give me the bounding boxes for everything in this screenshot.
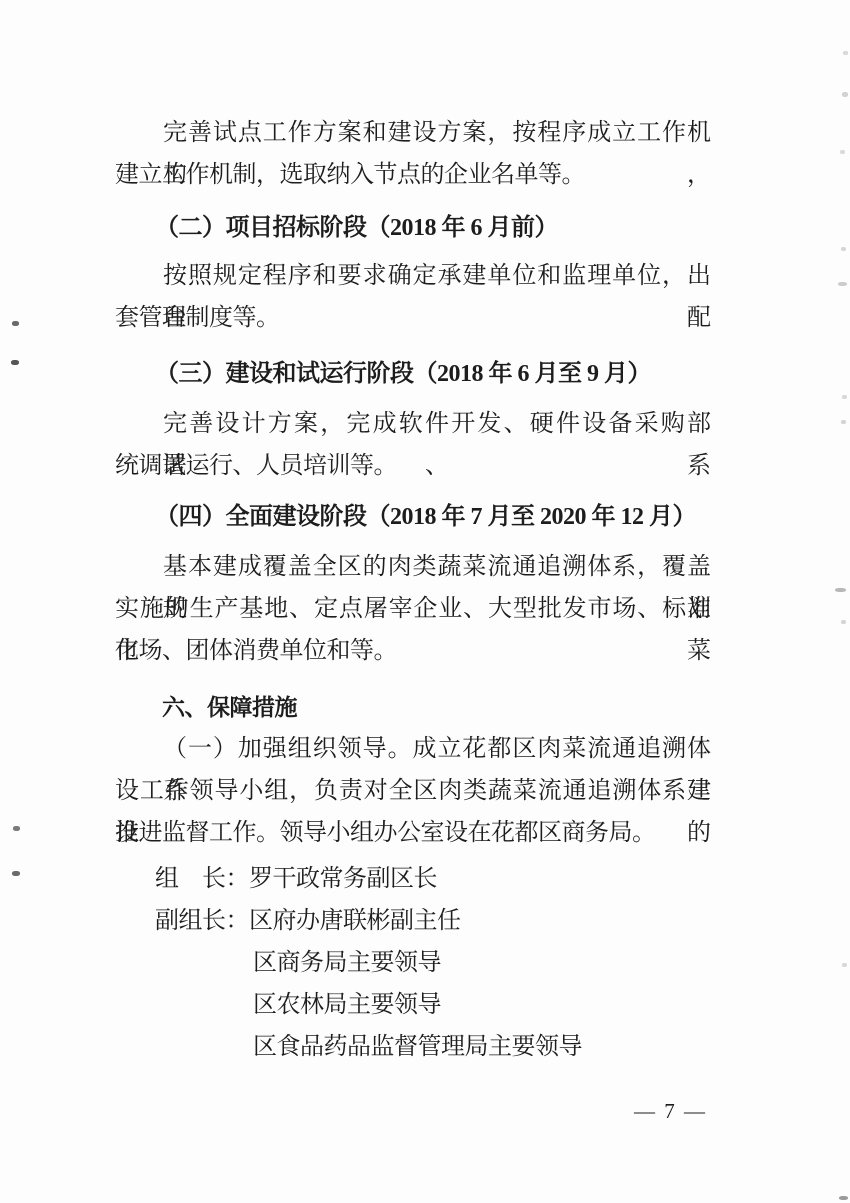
scan-speckle (840, 150, 845, 154)
document-body: 完善试点工作方案和建设方案，按程序成立工作机构， 建立工作机制，选取纳入节点的企… (115, 112, 711, 1128)
text-line: 实施的生产基地、定点屠宰企业、大型批发市场、标准化菜 (115, 588, 711, 630)
roster-line-member: 区食品药品监督管理局主要领导 (115, 1026, 711, 1068)
scan-speckle (842, 92, 848, 97)
text-line: （一）加强组织领导。成立花都区肉菜流通追溯体系建 (115, 728, 711, 770)
text-line: 设工作领导小组，负责对全区肉类蔬菜流通追溯体系建设的 (115, 770, 711, 812)
scan-speckle (841, 420, 846, 424)
stage-heading: （四）全面建设阶段（2018 年 7 月至 2020 年 12 月） (115, 496, 711, 538)
section-heading: 六、保障措施 (115, 686, 711, 728)
scan-speckle (838, 282, 847, 286)
scan-speckle (11, 360, 19, 365)
scan-speckle (843, 51, 848, 55)
text-line: 基本建成覆盖全区的肉类蔬菜流通追溯体系，覆盖规划 (115, 546, 711, 588)
roster-line-leader: 组 长：罗干政常务副区长 (115, 858, 711, 900)
scan-speckle (841, 620, 846, 624)
scan-speckle (842, 963, 847, 967)
scan-speckle (13, 826, 20, 831)
scan-speckle (835, 588, 846, 592)
text-line: 推进监督工作。领导小组办公室设在花都区商务局。 (115, 812, 711, 854)
scan-speckle (841, 247, 846, 251)
roster-line-member: 区农林局主要领导 (115, 984, 711, 1026)
stage-heading: （三）建设和试运行阶段（2018 年 6 月至 9 月） (115, 353, 711, 395)
roster-line-deputy: 副组长：区府办唐联彬副主任 (115, 900, 711, 942)
roster-line-member: 区商务局主要领导 (115, 942, 711, 984)
stage-heading: （二）项目招标阶段（2018 年 6 月前） (115, 207, 711, 249)
page-number: — 7 — (115, 1094, 711, 1128)
scan-speckle (839, 1196, 848, 1200)
text-line: 完善设计方案，完成软件开发、硬件设备采购部署、系 (115, 403, 711, 445)
text-line: 按照规定程序和要求确定承建单位和监理单位，出台配 (115, 255, 711, 297)
scan-speckle (12, 871, 20, 876)
document-page: 完善试点工作方案和建设方案，按程序成立工作机构， 建立工作机制，选取纳入节点的企… (0, 0, 850, 1203)
text-line: 完善试点工作方案和建设方案，按程序成立工作机构， (115, 112, 711, 154)
scan-speckle (12, 321, 19, 326)
scan-speckle (842, 395, 847, 399)
